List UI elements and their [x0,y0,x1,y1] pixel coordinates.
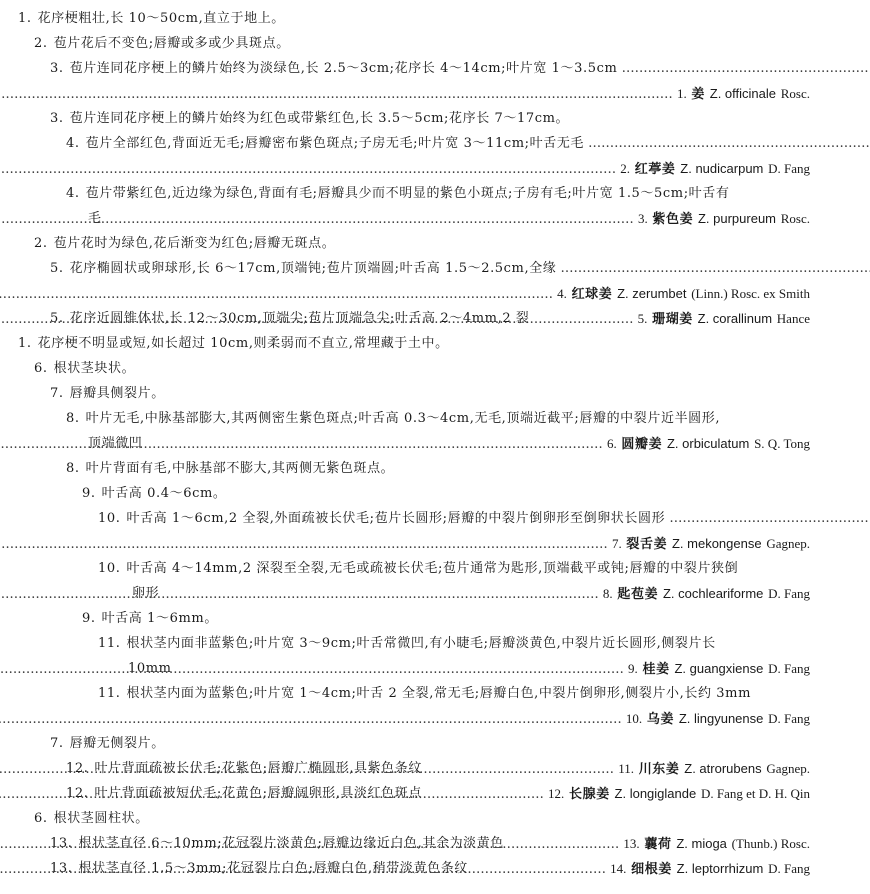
species-chinese-name: 匙苞姜 [617,587,658,602]
species-chinese-name: 乌姜 [647,712,674,727]
species-authority: (Thunb.) Rosc. [732,836,810,851]
key-line: …………………………………………………………………………………………………………… [88,281,840,306]
species-scientific-name: Z. cochleariforme [663,586,763,601]
key-line: 5.花序椭圆状或卵球形,长 6～17cm,顶端钝;苞片顶端圆;叶舌高 1.5～2… [50,256,840,281]
species-authority: Rosc. [781,86,810,101]
species-result: …………………………………………………………………………………………………………… [0,856,810,882]
species-scientific-name: Z. corallinum [698,311,772,326]
species-chinese-name: 紫色姜 [652,212,693,227]
species-number: 1. [677,86,687,101]
couplet-text: 苞片带紫红色,近边缘为绿色,背面有毛;唇瓣具少而不明显的紫色小斑点;子房有毛;叶… [86,186,730,201]
couplet-number: 5. [50,261,64,276]
couplet-text: 唇瓣无侧裂片。 [70,736,165,751]
couplet-text: 苞片连同花序梗上的鳞片始终为淡绿色,长 2.5～3cm;花序长 4～14cm;叶… [70,61,618,76]
species-result: …………………………………………………………………………………………………………… [0,656,810,682]
couplet-number: 2. [34,236,48,251]
key-line: …………………………………………………………………………………………………………… [104,156,840,181]
species-result: …………………………………………………………………………………………………………… [0,781,810,807]
species-authority: D. Fang [768,161,810,176]
species-chinese-name: 珊瑚姜 [652,312,693,327]
species-authority: Rosc. [781,211,810,226]
species-scientific-name: Z. guangxiense [674,661,763,676]
couplet-number: 4. [66,136,80,151]
species-chinese-name: 裂舌姜 [626,537,667,552]
leader-dots: …………………………………………………………………………………………………………… [0,87,677,102]
species-number: 5. [638,311,648,326]
couplet-number: 1. [18,11,32,26]
key-line: 7.唇瓣无侧裂片。 [50,731,840,756]
species-chinese-name: 蘘荷 [644,837,671,852]
couplet-text: 叶舌高 1～6cm,2 全裂,外面疏被长伏毛;苞片长圆形;唇瓣的中裂片倒卵形至倒… [126,511,665,526]
species-result: …………………………………………………………………………………………………………… [0,156,810,182]
species-result: …………………………………………………………………………………………………………… [0,531,810,557]
key-line: 2.苞片花时为绿色,花后渐变为红色;唇瓣无斑点。 [34,231,840,256]
key-line: 顶端微凹………………………………………………………………………………………………… [88,431,840,456]
species-number: 11. [618,761,634,776]
species-number: 3. [638,211,648,226]
couplet-text: 叶舌高 0.4～6cm。 [102,486,227,501]
key-line: 8.叶片无毛,中脉基部膨大,其两侧密生紫色斑点;叶舌高 0.3～4cm,无毛,顶… [66,406,840,431]
key-line: 12.叶片背面疏被长伏毛;花紫色;唇瓣广椭圆形,具紫色条纹……………………………… [66,756,840,781]
couplet-number: 11. [98,686,120,701]
species-chinese-name: 圆瓣姜 [621,437,662,452]
species-chinese-name: 红葶姜 [635,162,676,177]
key-line: 4.苞片带紫红色,近边缘为绿色,背面有毛;唇瓣具少而不明显的紫色小斑点;子房有毛… [66,181,840,206]
couplet-number: 6. [34,361,48,376]
key-line: 1.花序梗不明显或短,如长超过 10cm,则柔弱而不直立,常埋藏于土中。 [18,331,840,356]
couplet-text: 苞片全部红色,背面近无毛;唇瓣密布紫色斑点;子房无毛;叶片宽 3～11cm;叶舌… [86,136,584,151]
species-authority: Gagnep. [766,761,810,776]
species-scientific-name: Z. officinale [710,86,776,101]
couplet-number: 8. [66,461,80,476]
leader-dots: ………………………………………………………………………………………………………… [556,261,870,276]
species-result: …………………………………………………………………………………………………………… [0,831,810,857]
species-authority: D. Fang [768,861,810,876]
key-line: 10.叶舌高 1～6cm,2 全裂,外面疏被长伏毛;苞片长圆形;唇瓣的中裂片倒卵… [98,506,840,531]
leader-dots: …………………………………………………………………………………………………………… [0,287,557,302]
couplet-number: 8. [66,411,80,426]
couplet-number: 9. [82,611,96,626]
couplet-number: 7. [50,736,64,751]
species-scientific-name: Z. longiglande [615,786,697,801]
key-line: 1.花序梗粗壮,长 10～50cm,直立于地上。 [18,6,840,31]
leader-dots: …………………………………………………………………………………………………………… [0,437,607,452]
species-scientific-name: Z. mekongense [672,536,762,551]
key-line: 11.根状茎内面非蓝紫色;叶片宽 3～9cm;叶舌常微凹,有小睫毛;唇瓣淡黄色,… [98,631,840,656]
species-number: 2. [620,161,630,176]
couplet-number: 10. [98,511,120,526]
key-line: 8.叶片背面有毛,中脉基部不膨大,其两侧无紫色斑点。 [66,456,840,481]
leader-dots: …………………………………………………………………………………………………………… [0,537,612,552]
leader-dots: …………………………………………………………………………………………………………… [0,662,628,677]
species-result: …………………………………………………………………………………………………………… [0,281,810,307]
couplet-text: 叶片背面有毛,中脉基部不膨大,其两侧无紫色斑点。 [86,461,395,476]
leader-dots: …………………………………………………………………………………………………………… [0,837,623,852]
couplet-text: 根状茎内面非蓝紫色;叶片宽 3～9cm;叶舌常微凹,有小睫毛;唇瓣淡黄色,中裂片… [126,636,715,651]
couplet-text: 苞片花时为绿色,花后渐变为红色;唇瓣无斑点。 [54,236,336,251]
species-number: 4. [557,286,567,301]
species-number: 6. [607,436,617,451]
species-chinese-name: 红球姜 [572,287,613,302]
leader-dots: …………………………………………………………………………………………………………… [0,212,638,227]
species-number: 7. [612,536,622,551]
key-line: 毛………………………………………………………………………………………………………… [88,206,840,231]
couplet-number: 3. [50,111,64,126]
key-line: 4.苞片全部红色,背面近无毛;唇瓣密布紫色斑点;子房无毛;叶片宽 3～11cm;… [66,131,840,156]
couplet-number: 9. [82,486,96,501]
couplet-number: 10. [98,561,120,576]
species-scientific-name: Z. leptorrhizum [677,861,764,876]
species-authority: Hance [777,311,810,326]
species-authority: D. Fang et D. H. Qin [701,786,810,801]
species-scientific-name: Z. nudicarpum [680,161,763,176]
key-line: 12.叶片背面疏被短伏毛;花黄色;唇瓣阔卵形,具淡红色斑点……………………………… [66,781,840,806]
species-chinese-name: 姜 [691,87,705,102]
key-line: 3.苞片连同花序梗上的鳞片始终为红色或带紫红色,长 3.5～5cm;花序长 7～… [50,106,840,131]
species-scientific-name: Z. lingyunense [679,711,764,726]
leader-dots: ………………………………………………………………………………………………………… [665,511,870,526]
couplet-number: 4. [66,186,80,201]
key-line: 7.唇瓣具侧裂片。 [50,381,840,406]
key-line: 卵形……………………………………………………………………………………………………… [132,581,840,606]
species-scientific-name: Z. purpureum [698,211,776,226]
couplet-text: 花序椭圆状或卵球形,长 6～17cm,顶端钝;苞片顶端圆;叶舌高 1.5～2.5… [70,261,557,276]
species-chinese-name: 细根姜 [631,862,672,877]
key-line: …………………………………………………………………………………………………………… [136,531,840,556]
couplet-text: 苞片花后不变色;唇瓣或多或少具斑点。 [54,36,290,51]
leader-dots: …………………………………………………………………………………………………………… [0,587,603,602]
species-authority: S. Q. Tong [754,436,810,451]
key-line: 10.叶舌高 4～14mm,2 深裂至全裂,无毛或疏被长伏毛;苞片通常为匙形,顶… [98,556,840,581]
species-authority: D. Fang [768,661,810,676]
species-result: …………………………………………………………………………………………………………… [0,706,810,732]
leader-dots: …………………………………………………………………………………………………………… [0,787,548,802]
leader-dots: …………………………………………………………………………………………………………… [0,162,620,177]
leader-dots: ………………………………………………………………………………………………………… [617,61,870,76]
species-number: 12. [548,786,564,801]
species-authority: D. Fang [768,711,810,726]
couplet-number: 7. [50,386,64,401]
leader-dots: ………………………………………………………………………………………………………… [584,136,870,151]
species-result: …………………………………………………………………………………………………………… [0,431,810,457]
key-line: 10mm………………………………………………………………………………………………… [128,656,840,681]
key-line: 11.根状茎内面为蓝紫色;叶片宽 1～4cm;叶舌 2 全裂,常无毛;唇瓣白色,… [98,681,840,706]
key-line: 6.根状茎圆柱状。 [34,806,840,831]
species-authority: D. Fang [768,586,810,601]
species-scientific-name: Z. atrorubens [684,761,761,776]
species-result: …………………………………………………………………………………………………………… [0,581,810,607]
species-number: 14. [610,861,626,876]
species-authority: Gagnep. [766,536,810,551]
key-line: 13.根状茎直径 1.5～3mm;花冠裂片白色;唇瓣白色,稍带淡黄色条纹…………… [50,856,840,881]
key-line: 9.叶舌高 1～6mm。 [82,606,840,631]
key-line: …………………………………………………………………………………………………………… [88,81,840,106]
species-number: 10. [626,711,642,726]
key-line: 2.苞片花后不变色;唇瓣或多或少具斑点。 [34,31,840,56]
species-chinese-name: 桂姜 [643,662,670,677]
species-number: 13. [623,836,639,851]
couplet-number: 2. [34,36,48,51]
couplet-text: 根状茎块状。 [54,361,136,376]
key-line: …………………………………………………………………………………………………………… [140,706,840,731]
couplet-text: 叶片无毛,中脉基部膨大,其两侧密生紫色斑点;叶舌高 0.3～4cm,无毛,顶端近… [86,411,721,426]
key-line: 13.根状茎直径 6～10mm;花冠裂片淡黄色;唇瓣边缘近白色,其余为淡黄色……… [50,831,840,856]
key-line: 3.苞片连同花序梗上的鳞片始终为淡绿色,长 2.5～3cm;花序长 4～14cm… [50,56,840,81]
couplet-text: 苞片连同花序梗上的鳞片始终为红色或带紫红色,长 3.5～5cm;花序长 7～17… [70,111,570,126]
species-result: …………………………………………………………………………………………………………… [0,206,810,232]
leader-dots: …………………………………………………………………………………………………………… [0,862,610,877]
species-chinese-name: 川东姜 [639,762,680,777]
species-result: …………………………………………………………………………………………………………… [0,306,810,332]
couplet-number: 6. [34,811,48,826]
couplet-text: 根状茎圆柱状。 [54,811,149,826]
couplet-text: 花序梗不明显或短,如长超过 10cm,则柔弱而不直立,常埋藏于土中。 [38,336,449,351]
couplet-number: 11. [98,636,120,651]
leader-dots: …………………………………………………………………………………………………………… [0,712,626,727]
species-result: …………………………………………………………………………………………………………… [0,81,810,107]
species-scientific-name: Z. zerumbet [617,286,686,301]
leader-dots: …………………………………………………………………………………………………………… [0,312,638,327]
key-line: 5.花序近圆锥体状,长 12～30cm,顶端尖;苞片顶端急尖;叶舌高 2～4mm… [50,306,840,331]
species-authority: (Linn.) Rosc. ex Smith [691,286,810,301]
key-line: 6.根状茎块状。 [34,356,840,381]
couplet-text: 花序梗粗壮,长 10～50cm,直立于地上。 [38,11,285,26]
species-number: 9. [628,661,638,676]
species-result: …………………………………………………………………………………………………………… [0,756,810,782]
couplet-number: 1. [18,336,32,351]
couplet-number: 3. [50,61,64,76]
couplet-text: 唇瓣具侧裂片。 [70,386,165,401]
key-line: 9.叶舌高 0.4～6cm。 [82,481,840,506]
species-chinese-name: 长腺姜 [569,787,610,802]
leader-dots: …………………………………………………………………………………………………………… [0,762,618,777]
couplet-text: 叶舌高 4～14mm,2 深裂至全裂,无毛或疏被长伏毛;苞片通常为匙形,顶端截平… [126,561,738,576]
species-number: 8. [603,586,613,601]
species-scientific-name: Z. mioga [676,836,727,851]
couplet-text: 根状茎内面为蓝紫色;叶片宽 1～4cm;叶舌 2 全裂,常无毛;唇瓣白色,中裂片… [126,686,751,701]
couplet-text: 叶舌高 1～6mm。 [102,611,218,626]
species-scientific-name: Z. orbiculatum [667,436,749,451]
